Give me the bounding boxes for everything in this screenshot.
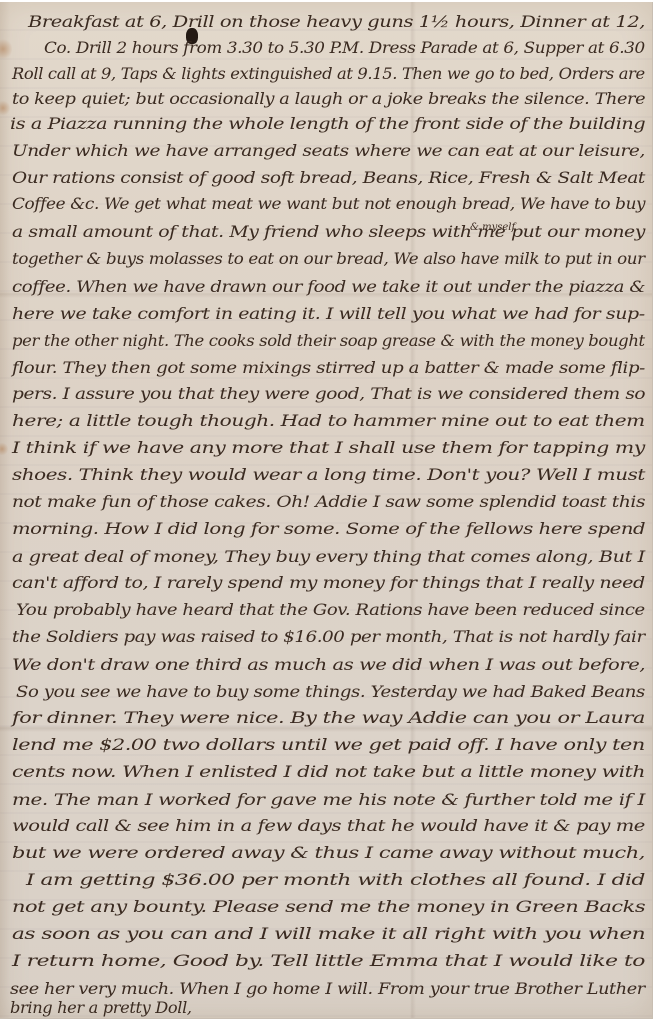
handwritten-line: is a Piazza running the whole length of … [10,116,645,132]
handwritten-line: shoes. Think they would wear a long time… [12,467,645,483]
handwritten-line: me. The man I worked for gave me his not… [12,792,645,808]
handwritten-line: Coffee &c. We get what meat we want but … [12,196,645,212]
handwritten-line: You probably have heard that the Gov. Ra… [16,602,645,618]
handwritten-line: pers. I assure you that they were good, … [12,386,645,402]
handwritten-line: per the other night. The cooks sold thei… [12,333,645,349]
handwritten-line: Breakfast at 6, Drill on those heavy gun… [28,14,645,30]
handwritten-line: not get any bounty. Please send me the m… [12,899,645,915]
handwritten-line: a great deal of money, They buy every th… [12,549,645,565]
rust-stain [0,442,8,456]
handwritten-line: would call & see him in a few days that … [12,818,645,834]
handwritten-line: together & buys molasses to eat on our b… [12,251,645,267]
handwritten-line: here; a little tough though. Had to hamm… [12,413,645,429]
handwritten-line: Our rations consist of good soft bread, … [12,170,645,186]
handwritten-line: I return home, Good by. Tell little Emma… [12,953,645,969]
handwritten-line: morning. How I did long for some. Some o… [12,521,645,537]
handwritten-line: So you see we have to buy some things. Y… [16,684,645,700]
handwritten-line: I am getting $36.00 per month with cloth… [26,872,645,888]
handwritten-line: for dinner. They were nice. By the way A… [12,710,645,726]
handwritten-line: not make fun of those cakes. Oh! Addie I… [12,494,645,510]
handwritten-line: lend me $2.00 two dollars until we get p… [12,737,645,753]
handwritten-line: Under which we have arranged seats where… [12,143,645,159]
handwritten-line: can't afford to, I rarely spend my money… [12,575,645,591]
handwritten-line: as soon as you can and I will make it al… [12,926,645,942]
handwritten-line: Co. Drill 2 hours from 3.30 to 5.30 P.M.… [44,40,645,56]
handwritten-line: here we take comfort in eating it. I wil… [12,306,645,322]
interlinear-insert: & myself [470,222,515,233]
handwritten-line: the Soldiers pay was raised to $16.00 pe… [12,629,645,645]
handwritten-line: bring her a pretty Doll, [10,1000,192,1016]
handwritten-line: We don't draw one third as much as we di… [12,657,645,673]
handwritten-line: I think if we have any more that I shall… [12,440,645,456]
handwritten-line: to keep quiet; but occasionally a laugh … [12,91,645,107]
handwritten-line: see her very much. When I go home I will… [10,981,645,997]
handwritten-line: coffee. When we have drawn our food we t… [12,279,645,295]
handwritten-line: but we were ordered away & thus I came a… [12,845,645,861]
handwritten-line: a small amount of that. My friend who sl… [12,224,645,240]
rust-stain [0,38,12,60]
handwritten-line: cents now. When I enlisted I did not tak… [12,764,645,780]
handwritten-line: Roll call at 9, Taps & lights extinguish… [12,66,645,82]
handwritten-line: flour. They then got some mixings stirre… [12,360,645,376]
rust-stain [0,100,10,116]
